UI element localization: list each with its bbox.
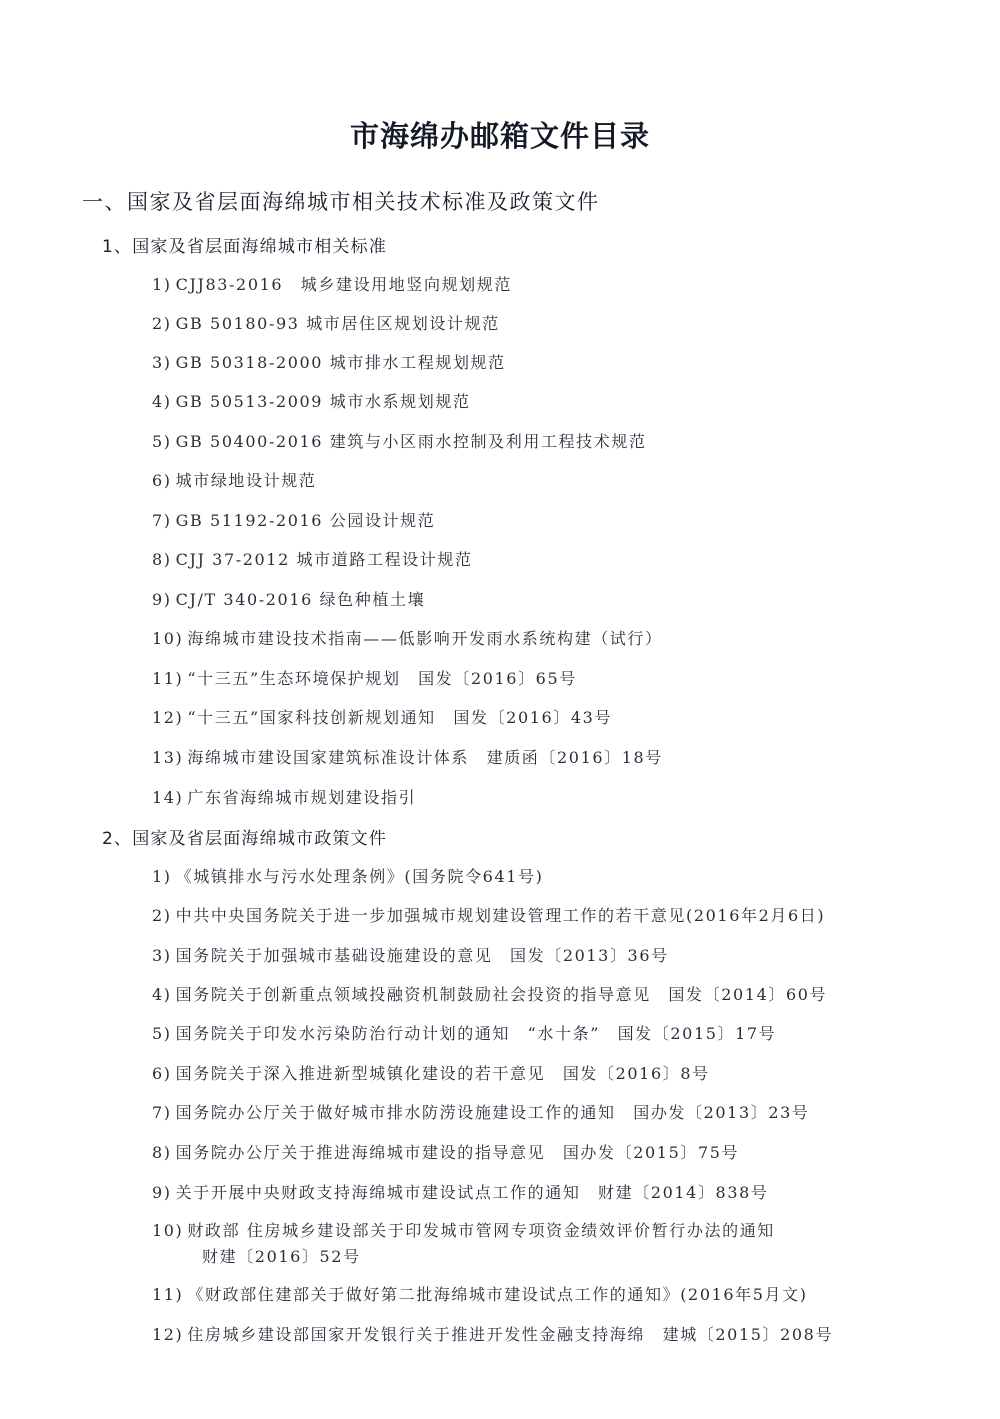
item-number: 1): [152, 867, 172, 886]
list-item: 9)CJ/T 340-2016 绿色种植土壤: [152, 587, 425, 610]
item-number: 3): [152, 353, 172, 372]
item-text: GB 50180-93 城市居住区规划设计规范: [176, 314, 500, 333]
item-number: 11): [152, 1285, 183, 1304]
item-number: 9): [152, 1183, 172, 1202]
item-text: 《城镇排水与污水处理条例》(国务院令641号): [176, 867, 544, 886]
item-text: CJJ83-2016 城乡建设用地竖向规划规范: [176, 275, 512, 294]
list-item: 1)《城镇排水与污水处理条例》(国务院令641号): [152, 864, 543, 887]
section-heading: 一、国家及省层面海绵城市相关技术标准及政策文件: [82, 186, 600, 216]
item-number: 5): [152, 1024, 172, 1043]
subsection-heading-policies: 2、国家及省层面海绵城市政策文件: [102, 824, 387, 849]
item-number: 6): [152, 1064, 172, 1083]
page-title: 市海绵办邮箱文件目录: [0, 114, 1000, 155]
item-text: 国务院关于创新重点领域投融资机制鼓励社会投资的指导意见 国发〔2014〕60号: [176, 985, 827, 1004]
list-item: 13)海绵城市建设国家建筑标准设计体系 建质函〔2016〕18号: [152, 745, 663, 768]
list-item: 8)国务院办公厅关于推进海绵城市建设的指导意见 国办发〔2015〕75号: [152, 1140, 739, 1163]
list-item: 12)“十三五”国家科技创新规划通知 国发〔2016〕43号: [152, 705, 612, 728]
item-text: GB 50318-2000 城市排水工程规划规范: [176, 353, 506, 372]
list-item: 14)广东省海绵城市规划建设指引: [152, 785, 416, 808]
item-number: 9): [152, 590, 172, 609]
list-item: 2)GB 50180-93 城市居住区规划设计规范: [152, 311, 500, 334]
list-item: 5)GB 50400-2016 建筑与小区雨水控制及利用工程技术规范: [152, 429, 647, 452]
item-number: 11): [152, 669, 183, 688]
list-item: 11)“十三五”生态环境保护规划 国发〔2016〕65号: [152, 666, 577, 689]
item-text: CJJ 37-2012 城市道路工程设计规范: [176, 550, 473, 569]
list-item: 5)国务院关于印发水污染防治行动计划的通知 “水十条” 国发〔2015〕17号: [152, 1021, 776, 1044]
item-text: 国务院关于印发水污染防治行动计划的通知 “水十条” 国发〔2015〕17号: [176, 1024, 777, 1043]
list-item: 1)CJJ83-2016 城乡建设用地竖向规划规范: [152, 272, 512, 295]
list-item: 10)财政部 住房城乡建设部关于印发城市管网专项资金绩效评价暂行办法的通知: [152, 1218, 775, 1241]
item-number: 14): [152, 788, 183, 807]
item-number: 4): [152, 392, 172, 411]
item-text: 国务院办公厅关于做好城市排水防涝设施建设工作的通知 国办发〔2013〕23号: [176, 1103, 810, 1122]
item-text: 城市绿地设计规范: [176, 471, 317, 490]
item-number: 12): [152, 708, 183, 727]
item-number: 12): [152, 1325, 183, 1344]
item-number: 8): [152, 550, 172, 569]
item-number: 13): [152, 748, 183, 767]
item-text: 国务院关于深入推进新型城镇化建设的若干意见 国发〔2016〕8号: [176, 1064, 710, 1083]
list-item: 6)城市绿地设计规范: [152, 468, 316, 491]
list-item: 3)国务院关于加强城市基础设施建设的意见 国发〔2013〕36号: [152, 943, 669, 966]
list-item-continuation: 财建〔2016〕52号: [202, 1244, 361, 1267]
item-text: “十三五”生态环境保护规划 国发〔2016〕65号: [187, 669, 576, 688]
list-item: 11)《财政部住建部关于做好第二批海绵城市建设试点工作的通知》(2016年5月文…: [152, 1282, 808, 1305]
item-text: GB 50400-2016 建筑与小区雨水控制及利用工程技术规范: [176, 432, 647, 451]
item-text: 海绵城市建设国家建筑标准设计体系 建质函〔2016〕18号: [187, 748, 662, 767]
list-item: 4)GB 50513-2009 城市水系规划规范: [152, 389, 471, 412]
item-number: 2): [152, 906, 172, 925]
item-number: 10): [152, 629, 183, 648]
item-text: 中共中央国务院关于进一步加强城市规划建设管理工作的若干意见(2016年2月6日): [176, 906, 826, 925]
list-item: 2)中共中央国务院关于进一步加强城市规划建设管理工作的若干意见(2016年2月6…: [152, 903, 825, 926]
list-item: 9)关于开展中央财政支持海绵城市建设试点工作的通知 财建〔2014〕838号: [152, 1180, 768, 1203]
item-text: 国务院办公厅关于推进海绵城市建设的指导意见 国办发〔2015〕75号: [176, 1143, 739, 1162]
item-number: 6): [152, 471, 172, 490]
list-item: 4)国务院关于创新重点领域投融资机制鼓励社会投资的指导意见 国发〔2014〕60…: [152, 982, 827, 1005]
list-item: 3)GB 50318-2000 城市排水工程规划规范: [152, 350, 506, 373]
item-number: 10): [152, 1221, 183, 1240]
item-text: 住房城乡建设部国家开发银行关于推进开发性金融支持海绵 建城〔2015〕208号: [187, 1325, 833, 1344]
item-number: 1): [152, 275, 172, 294]
item-text: 广东省海绵城市规划建设指引: [187, 788, 416, 807]
item-text: 海绵城市建设技术指南——低影响开发雨水系统构建（试行）: [187, 629, 662, 648]
item-text: GB 50513-2009 城市水系规划规范: [176, 392, 471, 411]
item-number: 2): [152, 314, 172, 333]
item-text: 国务院关于加强城市基础设施建设的意见 国发〔2013〕36号: [176, 946, 669, 965]
item-text: 财政部 住房城乡建设部关于印发城市管网专项资金绩效评价暂行办法的通知: [187, 1221, 775, 1240]
item-number: 4): [152, 985, 172, 1004]
subsection-heading-standards: 1、国家及省层面海绵城市相关标准: [102, 232, 387, 257]
item-text: 关于开展中央财政支持海绵城市建设试点工作的通知 财建〔2014〕838号: [176, 1183, 769, 1202]
document-page: 市海绵办邮箱文件目录 一、国家及省层面海绵城市相关技术标准及政策文件 1、国家及…: [0, 0, 1000, 1419]
item-number: 8): [152, 1143, 172, 1162]
list-item: 7)GB 51192-2016 公园设计规范: [152, 508, 435, 531]
list-item: 6)国务院关于深入推进新型城镇化建设的若干意见 国发〔2016〕8号: [152, 1061, 710, 1084]
item-number: 5): [152, 432, 172, 451]
item-number: 7): [152, 1103, 172, 1122]
list-item: 8)CJJ 37-2012 城市道路工程设计规范: [152, 547, 473, 570]
item-number: 7): [152, 511, 172, 530]
list-item: 7)国务院办公厅关于做好城市排水防涝设施建设工作的通知 国办发〔2013〕23号: [152, 1100, 810, 1123]
item-text: CJ/T 340-2016 绿色种植土壤: [176, 590, 426, 609]
list-item: 10)海绵城市建设技术指南——低影响开发雨水系统构建（试行）: [152, 626, 663, 649]
item-text: GB 51192-2016 公园设计规范: [176, 511, 436, 530]
item-number: 3): [152, 946, 172, 965]
list-item: 12)住房城乡建设部国家开发银行关于推进开发性金融支持海绵 建城〔2015〕20…: [152, 1322, 833, 1345]
item-text: “十三五”国家科技创新规划通知 国发〔2016〕43号: [187, 708, 612, 727]
item-text: 《财政部住建部关于做好第二批海绵城市建设试点工作的通知》(2016年5月文): [187, 1285, 807, 1304]
